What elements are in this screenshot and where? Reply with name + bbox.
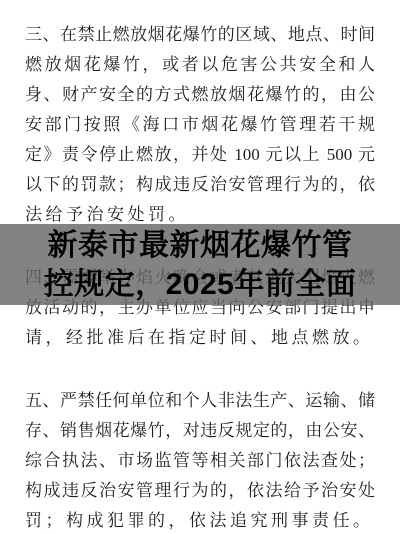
paragraph-article-5: 五、严禁任何单位和个人非法生产、运输、储 存、销售烟花爆竹，对违反规定的，由公安… (25, 386, 375, 534)
doc-line: 安部门按照《海口市烟花爆竹管理若干规 (25, 110, 375, 140)
paragraph-article-3: 三、在禁止燃放烟花爆竹的区域、地点、时间 燃放烟花爆竹，或者以危害公共安全和人 … (25, 20, 375, 230)
overlay-title-line2: 控规定，2025年前全面 (44, 265, 357, 304)
doc-line: 定》责令停止燃放，并处 100 元以上 500 元 (25, 140, 375, 170)
overlay-title: 新泰市最新烟花爆竹管 控规定，2025年前全面 (0, 224, 400, 305)
doc-line: 存、销售烟花爆竹，对违反规定的，由公安、 (25, 416, 375, 446)
doc-line: 三、在禁止燃放烟花爆竹的区域、地点、时间 (25, 20, 375, 50)
doc-line: 以下的罚款；构成违反治安管理行为的，依 (25, 170, 375, 200)
doc-line: 综合执法、市场监管等相关部门依法查处； (25, 446, 375, 476)
doc-line: 五、严禁任何单位和个人非法生产、运输、储 (25, 386, 375, 416)
document-page: 三、在禁止燃放烟花爆竹的区域、地点、时间 燃放烟花爆竹，或者以危害公共安全和人 … (0, 0, 400, 534)
doc-line: 请，经批准后在指定时间、地点燃放。 (25, 323, 375, 353)
overlay-title-line1: 新泰市最新烟花爆竹管 (48, 226, 353, 265)
doc-line: 构成违反治安管理行为的，依法给予治安处 (25, 476, 375, 506)
doc-line: 身、财产安全的方式燃放烟花爆竹的，由公 (25, 80, 375, 110)
doc-line: 罚；构成犯罪的，依法追究刑事责任。 (25, 506, 375, 534)
doc-line: 燃放烟花爆竹，或者以危害公共安全和人 (25, 50, 375, 80)
